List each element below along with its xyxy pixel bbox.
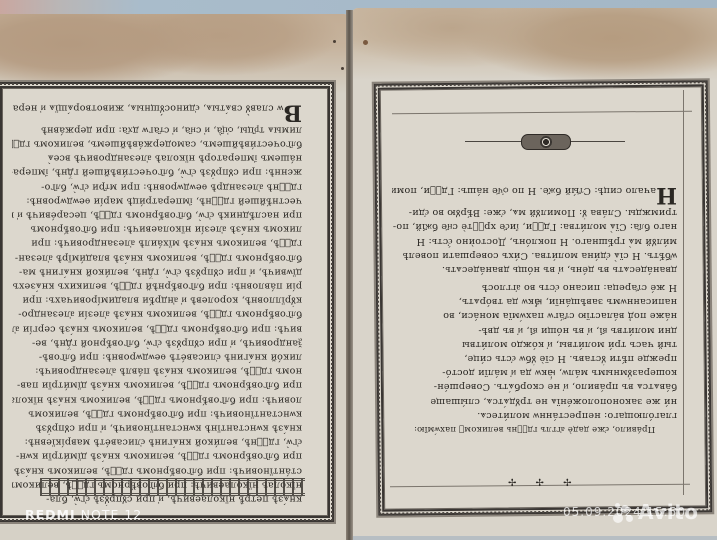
text-line: лико́й кнѧ́гинѣ є҆лисаве́тѣ ѳеѡдѡровнѣ: …: [12, 349, 302, 363]
headpiece-ornament: [40, 478, 305, 496]
rosette-icon: [521, 134, 571, 150]
paper-speck: [363, 40, 368, 45]
tailpiece-ornament: [495, 133, 595, 149]
text-line: кꙋ́рїлловнѣ, королевѣ и҆ а҆ндрѣ́и владим…: [12, 293, 302, 307]
paper-speck: [341, 67, 344, 70]
text-line: на́же под̾ ва́ластїю ст҃а́гѡ пахѡ́мїа мо…: [392, 308, 677, 322]
text-line: гдⷭ҇нѣ а҆лезандрѣ ѳеѡдѡровнѣ: при мт҃ри …: [12, 179, 302, 193]
text-line: ачало сицѣ: Ст҃ы́й бж҃е. Н по ѻ҆ч҃е на́ш…: [392, 185, 656, 196]
text-line: прежде пѣ́ти ꙋ҆ставъ. Н сїѐ ꙋ҆́бѡ є҆сть …: [392, 351, 677, 365]
text-line: бл҃гочести́вѣйшемъ, самодержа́вѣйшемъ, в…: [12, 136, 302, 150]
text-line: жєннѣ: при сꙋпрꙋ́зѣ є҆гѡ̀, бл҃гочести́вѣ…: [12, 165, 302, 179]
text-line: двана́десѧть въ де́нь, и҆ въ но́щь двана…: [392, 262, 677, 276]
text-line: вичѣ: при бл҃говѣ́рномъ гдⷭ҇ѣ, великомъ …: [12, 321, 302, 335]
device-model: NOTE 12: [81, 507, 143, 522]
water-stain: [352, 8, 717, 80]
text-line: лимыѧ тр҃цы, ѻ҆ц҃а̀, и҆ сн҃а, и҆ ст҃агѡ …: [12, 122, 302, 136]
text-line: ѡ славꙋ̀ свѧ́тыѧ, є҆диносꙋ́щныѧ, животво…: [12, 102, 283, 113]
text-line: ни́ же законоположе́нїѧ не трꙋдѧ́тсѧ, сл…: [392, 394, 677, 408]
avito-logo-icon: [613, 503, 635, 525]
text-line: ми́лꙋй мѧ̀ грѣ́шнаго. Н покло́нъ, Достоѝ…: [392, 234, 677, 248]
text-line: наго бл҃а: Сїѧ̀ моли́тва: Гдⷭ҇и, і҆ис҃е …: [392, 219, 677, 233]
text-line: тый часъ три́ моли́твы, и҆ ко́ждо моли́т…: [392, 337, 677, 351]
text-line: рі́и па́вловнѣ: при бл҃говѣ́рнѣй гдⷭ҇ѣ, …: [12, 278, 302, 292]
device-brand: REDMI: [25, 507, 76, 522]
text-line: на́шемъ і҆мператорѣ нїколаѣ а҆лезандрови…: [12, 151, 302, 165]
text-line: бл҃говѣ́рномъ гдⷭ҇ѣ, великомъ кнѧ́зѣ а҆л…: [12, 307, 302, 321]
text-line: при наслѣ́дникѣ є҆гѡ̀, бл҃говѣ́рномъ гдⷭ…: [12, 207, 302, 221]
cross-ornaments: ✢ ✢ ✢: [508, 478, 580, 489]
text-line: бл҃говѣ́рномъ гдⷭ҇ѣ, великомъ кнѧ́зѣ вла…: [12, 250, 302, 264]
text-line-with-initial: Начало сицѣ: Ст҃ы́й бж҃е. Н по ѻ҆ч҃е на́…: [392, 183, 677, 205]
text-line: при бл҃говѣ́рномъ гдⷭ҇ѣ, великомъ кнѧ́зѣ…: [12, 378, 302, 392]
text-line: кошеразꙋ́мнымъ ма́лѡ, ꙗ҆́кѡ да и҆ ма́лїи…: [392, 365, 677, 379]
text-line: Н же́ ст҃ареца: писано є҆сть во а҆гглосѣ: [392, 280, 677, 294]
text-line: честнѣ́йшей гдⷭ҇нѣ, і҆мператри́цѣ марі́и…: [12, 193, 302, 207]
text-line: дни моли́твъ в҃і, и҆ въ но́щи в҃і, и҆ въ…: [392, 323, 677, 337]
text-line: дїѡвичѣ, и҆ при сꙋпрꙋ́зѣ є҆гѡ̀, гдⷭ҇нѣ, …: [12, 264, 302, 278]
text-line: номъ гдⷭ҇ѣ, великомъ кнѧ́зѣ па́влѣ а҆лез…: [12, 364, 302, 378]
text-line: кѡнстантїновичѣ: при бл҃говѣ́рномъ гдⷭ҇ѣ…: [12, 406, 302, 420]
right-page-closing-text: двана́десѧть въ де́нь, и҆ въ но́щь двана…: [392, 183, 677, 276]
book-spine: [346, 10, 353, 540]
margin-rule: [683, 90, 684, 495]
drop-cap-initial: Н: [656, 183, 677, 205]
right-page-body-text: Пра́вило, є҆же дадѐ а҆гглъ гдⷭ҇нь велико…: [392, 280, 677, 436]
text-line: ѯандровичѣ, и҆ при сꙋпрꙋ́зѣ є҆гѡ̀, бл҃го…: [12, 335, 302, 349]
text-line: при бл҃говѣ́рномъ гдⷭ҇ѣ, великомъ кнѧ́зѣ…: [12, 449, 302, 463]
text-line-with-initial: Вѡ славꙋ̀ свѧ́тыѧ, є҆диносꙋ́щныѧ, животв…: [12, 100, 302, 122]
text-line: ликомъ кнѧ́зѣ а҆лезі́и нїколаевичѣ: при …: [12, 222, 302, 236]
text-line: кнѧ́зѣ кѡнстантїнѣ кѡнстантїновичѣ, и҆ п…: [12, 420, 302, 434]
text-line: гдⷭ҇ѣ, великомъ кнѧ́зѣ мїха́илѣ а҆лезанд…: [12, 236, 302, 250]
drop-cap-initial: В: [283, 100, 302, 122]
rubric-line: Пра́вило, є҆же дадѐ а҆гглъ гдⷭ҇нь велико…: [392, 422, 677, 436]
text-line: написаннѡмъ завѣща́нїи, ꙗ҆́кѡ да тво́рѧт…: [392, 294, 677, 308]
text-line: тримжды. Сла́ва ꙋ҆: Помилꙋй мѧ, є҆же: Вѣ…: [392, 205, 677, 219]
device-watermark: REDMI NOTE 12: [25, 507, 142, 522]
text-line: є҆гѡ̀, гдⷭ҇нѣ, вели́кой кнѧ́гинѣ є҆лисав…: [12, 435, 302, 449]
text-line: ловичѣ: при бл҃говѣ́рномъ гдⷭ҇ѣ, великом…: [12, 392, 302, 406]
text-line: ба́вѧтсѧ въ пра́вило, и҆ не скорбѧ́тъ. С…: [392, 379, 677, 393]
left-page-text: кнѧ́зѣ петрѣ̀ нїколаевичѣ, и҆ при сꙋпрꙋ́…: [12, 100, 302, 506]
paper-speck: [333, 40, 336, 43]
text-line: глаго́лющаго: непреста́ннѡ моли́тесѧ.: [392, 408, 677, 422]
avito-watermark: Avito: [638, 500, 698, 524]
text-line: ѡ҆бѣ́тъ. Н сїѧ̀ є҆ди́на моли́тва. Си́хъ …: [392, 248, 677, 262]
text-line: ста́нтїновичѣ: при бл҃говѣ́рномъ гдⷭ҇ѣ, …: [12, 463, 302, 477]
